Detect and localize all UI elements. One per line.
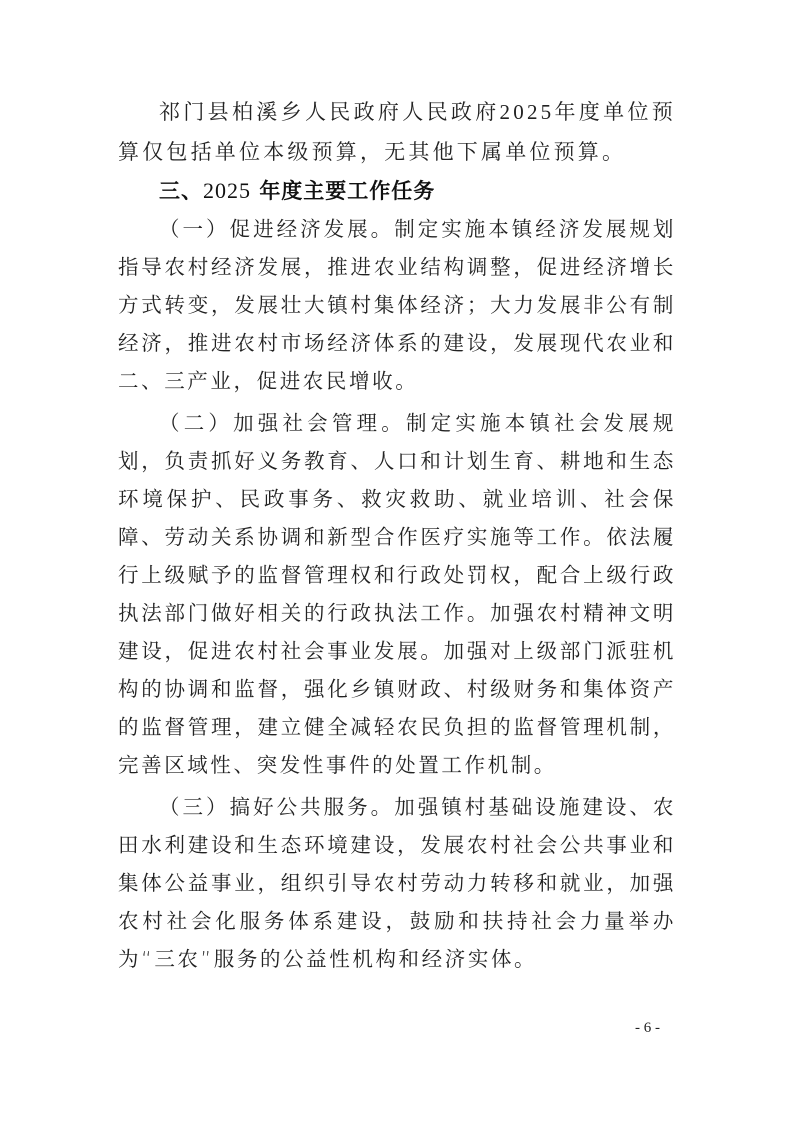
- paragraph-economic-development: （一）促进经济发展。制定实施本镇经济发展规划指导农村经济发展，推进农业结构调整，…: [118, 210, 676, 400]
- page-number: - 6 -: [635, 1020, 660, 1037]
- document-page: 祁门县柏溪乡人民政府人民政府2025年度单位预算仅包括单位本级预算，无其他下属单…: [118, 92, 676, 978]
- paragraph-social-management: （二）加强社会管理。制定实施本镇社会发展规划，负责抓好义务教育、人口和计划生育、…: [118, 404, 676, 784]
- intro-paragraph: 祁门县柏溪乡人民政府人民政府2025年度单位预算仅包括单位本级预算，无其他下属单…: [118, 92, 676, 172]
- section-heading-year: 2025: [203, 178, 251, 203]
- paragraph-public-service: （三）搞好公共服务。加强镇村基础设施建设、农田水利建设和生态环境建设，发展农村社…: [118, 788, 676, 978]
- section-heading: 三、2025 年度主要工作任务: [118, 172, 676, 210]
- section-heading-prefix: 三、: [159, 179, 203, 203]
- section-heading-suffix: 年度主要工作任务: [259, 179, 435, 203]
